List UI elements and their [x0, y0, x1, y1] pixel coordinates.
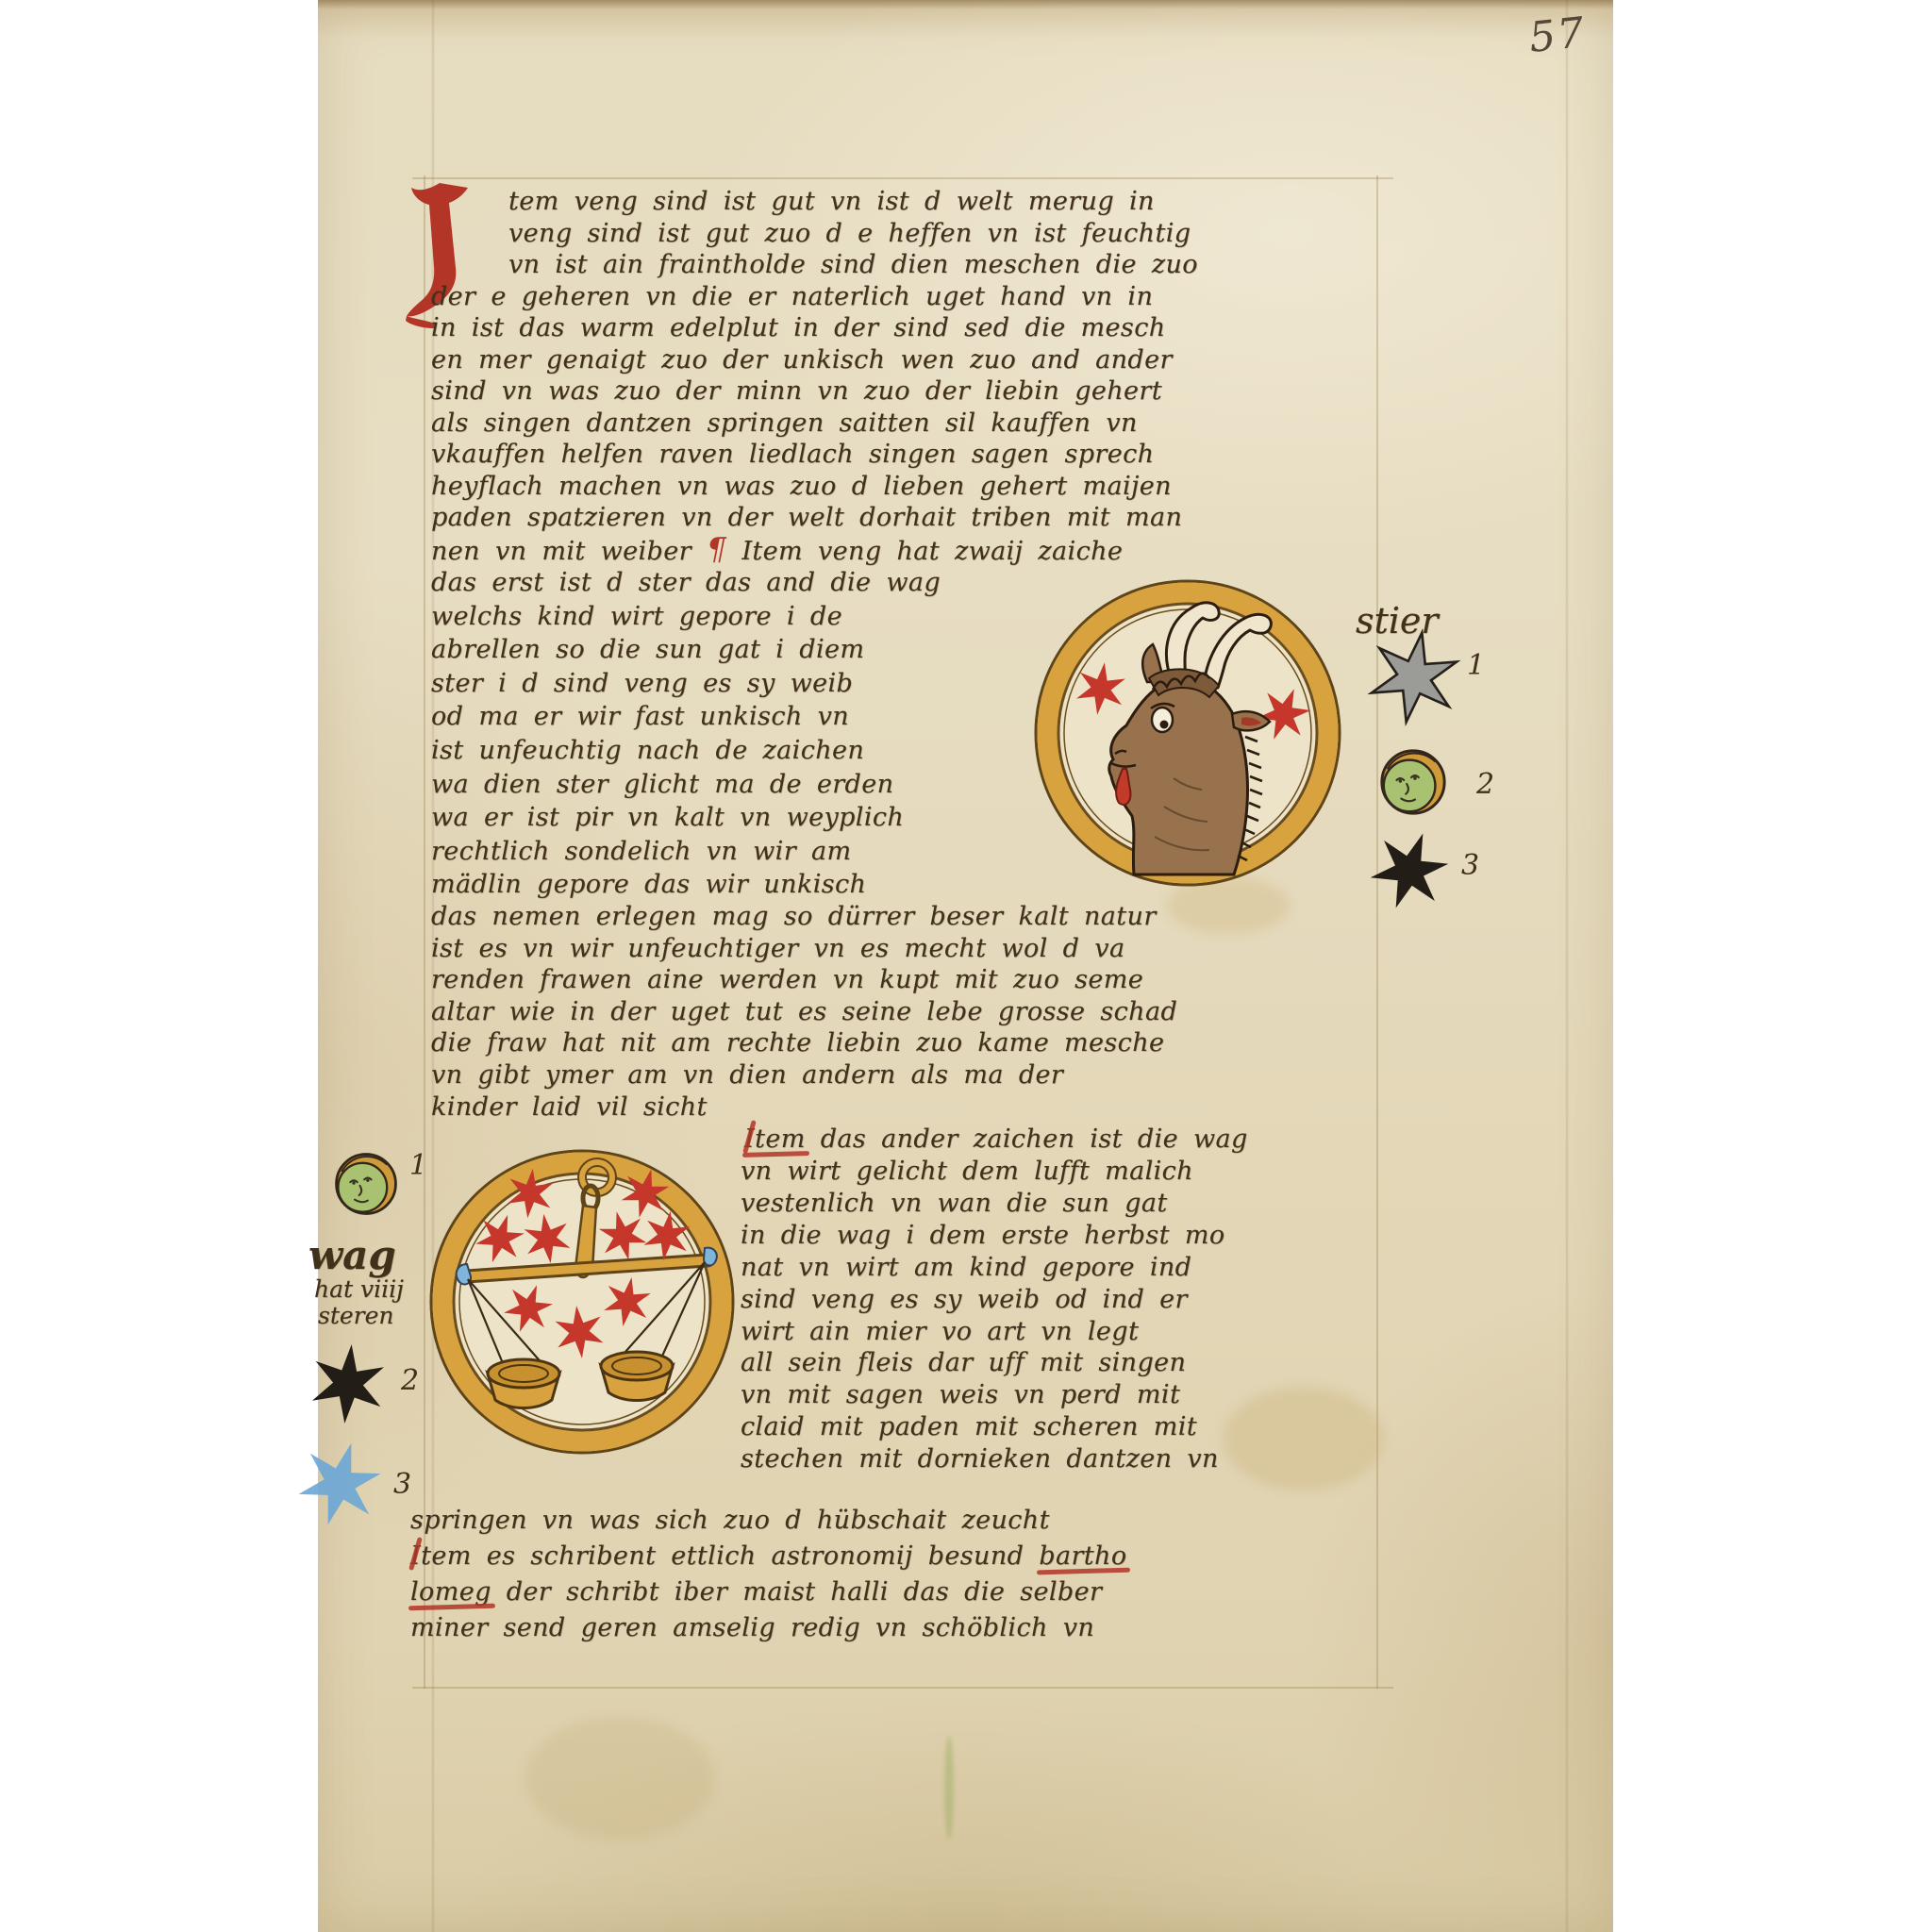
silver-star-icon: [1365, 628, 1463, 726]
column-beside-taurus: das erst ist d ster das and die wagwelch…: [431, 566, 941, 902]
text-line: lomeg der schribt iber maist halli das d…: [410, 1574, 1127, 1610]
ruling-line: [412, 1687, 1393, 1689]
moon-face-icon: [1376, 745, 1450, 819]
text-line: tem veng sind ist gut vn ist d welt meru…: [431, 186, 1198, 218]
text-line: rechtlich sondelich vn wir am: [431, 835, 941, 869]
text-line: in ist das warm edelplut in der sind sed…: [431, 312, 1198, 344]
text-line: vestenlich vn wan die sun gat: [741, 1188, 1224, 1220]
star-number: 2: [1476, 768, 1494, 801]
text-line: die fraw hat nit am rechte liebin zuo ka…: [431, 1027, 1177, 1059]
folio-number: 57: [1526, 8, 1588, 62]
text-line: vn gibt ymer am vn dien andern als ma de…: [431, 1059, 1177, 1091]
text-segment: der schribt iber maist halli das die sel…: [507, 1577, 1103, 1607]
paragraph-taurus-nature: das nemen erlegen mag so dürrer beser ka…: [431, 901, 1177, 1123]
text-line: paden spatzieren vn der welt dorhait tri…: [431, 502, 1198, 534]
parchment-crease: [1565, 0, 1569, 1932]
text-line: renden frawen aine werden vn kupt mit zu…: [431, 964, 1177, 996]
rubric-marked-word: Item: [744, 1124, 806, 1154]
text-line: heyflach machen vn was zuo d lieben gehe…: [431, 471, 1198, 503]
manuscript-photo: { "page": { "folio_number": "57" }, "tex…: [0, 0, 1932, 1932]
parchment-stain: [525, 1717, 714, 1840]
text-line: vn mit sagen weis vn perd mit: [741, 1379, 1224, 1411]
pilcrow-mark: ¶: [707, 530, 726, 567]
text-line: mädlin gepore das wir unkisch: [431, 868, 941, 902]
bottom-paragraph: springen vn was sich zuo d hübschait zeu…: [410, 1503, 1127, 1646]
text-line: vn wirt gelicht dem lufft malich: [741, 1156, 1224, 1188]
libra-medallion: [422, 1140, 742, 1464]
text-line: Item es schribent ettlich astronomij bes…: [410, 1539, 1127, 1574]
text-line-with-pilcrow: nen vn mit weiber ¶ Item veng hat zwaij …: [431, 533, 1123, 568]
ruling-line: [1376, 175, 1378, 1689]
scales-pan-right: [601, 1352, 673, 1400]
text-line: ster i d sind veng es sy weib: [431, 667, 941, 701]
text-line-libra-heading: Item das ander zaichen ist die wag: [744, 1124, 1248, 1156]
paragraph-venus: tem veng sind ist gut vn ist d welt meru…: [431, 186, 1198, 534]
text-segment: es schribent ettlich astronomij besund: [487, 1541, 1024, 1571]
margin-label-line3: steren: [318, 1302, 394, 1329]
text-line: wa er ist pir vn kalt vn weyplich: [431, 801, 941, 835]
text-line: wa dien ster glicht ma de erden: [431, 768, 941, 802]
text-line: ist es vn wir unfeuchtiger vn es mecht w…: [431, 933, 1177, 965]
text-line: sind veng es sy weib od ind er: [741, 1284, 1224, 1316]
text-line: das erst ist d ster das and die wag: [431, 566, 941, 600]
parchment-stain: [1224, 1387, 1384, 1491]
text-line: vkauffen helfen raven liedlach singen sa…: [431, 439, 1198, 471]
text-line: nat vn wirt am kind gepore ind: [741, 1252, 1224, 1284]
text-line: kinder laid vil sicht: [431, 1091, 1177, 1124]
scales-hook-right: [704, 1248, 717, 1266]
text-line: welchs kind wirt gepore i de: [431, 600, 941, 634]
blue-star-icon: [293, 1438, 386, 1530]
text-line: all sein fleis dar uff mit singen: [741, 1347, 1224, 1379]
text-line: altar wie in der uget tut es seine lebe …: [431, 996, 1177, 1028]
black-star-icon: [1368, 829, 1451, 912]
rubric-underlined-word: lomeg: [410, 1577, 491, 1607]
text-line: in die wag i dem erste herbst mo: [741, 1220, 1224, 1252]
text-line: springen vn was sich zuo d hübschait zeu…: [410, 1503, 1127, 1539]
column-beside-libra: vn wirt gelicht dem lufft malichvestenli…: [741, 1156, 1224, 1475]
text-line: abrellen so die sun gat i diem: [431, 633, 941, 667]
text-line: veng sind ist gut zuo d e heffen vn ist …: [431, 218, 1198, 250]
text-line: sind vn was zuo der minn vn zuo der lieb…: [431, 375, 1198, 408]
star-number: 2: [401, 1364, 419, 1397]
black-star-icon: [307, 1342, 390, 1425]
text-line: vn ist ain fraintholde sind dien meschen…: [431, 249, 1198, 281]
scales-pan-left: [488, 1359, 559, 1407]
taurus-medallion: [1023, 571, 1353, 896]
text-line: ist unfeuchtig nach de zaichen: [431, 734, 941, 768]
rubric-underlined-word: bartho: [1039, 1541, 1126, 1571]
text-segment: das ander zaichen ist die wag: [821, 1124, 1248, 1154]
text-line: od ma er wir fast unkisch vn: [431, 700, 941, 734]
star-number: 1: [1467, 649, 1485, 682]
star-number: 3: [1461, 849, 1479, 882]
ruling-line: [412, 177, 1393, 179]
text-line: als singen dantzen springen saitten sil …: [431, 408, 1198, 440]
rubric-marked-word: Item: [410, 1541, 472, 1571]
text-line: das nemen erlegen mag so dürrer beser ka…: [431, 901, 1177, 933]
manuscript-page: 57 tem veng sind ist gut vn ist d welt m…: [318, 0, 1613, 1932]
margin-label-line2: hat viiij: [314, 1275, 404, 1303]
text-line: miner send geren amselig redig vn schöbl…: [410, 1610, 1127, 1646]
star-number: 1: [409, 1149, 427, 1182]
text-line: stechen mit dornieken dantzen vn: [741, 1443, 1224, 1475]
text-segment: nen vn mit weiber: [431, 537, 691, 566]
bull-pupil: [1160, 721, 1169, 729]
text-segment: Item veng hat zwaij zaiche: [741, 537, 1123, 566]
moon-face-icon: [331, 1149, 401, 1219]
text-line: wirt ain mier vo art vn legt: [741, 1316, 1224, 1348]
bull-eye: [1152, 708, 1173, 732]
page-top-edge: [318, 0, 1613, 9]
margin-label-wag: wag: [308, 1232, 396, 1278]
text-line: der e geheren vn die er naterlich uget h…: [431, 281, 1198, 313]
text-line: claid mit paden mit scheren mit: [741, 1411, 1224, 1443]
green-streak-stain: [944, 1736, 954, 1840]
star-number: 3: [393, 1468, 411, 1501]
text-line: en mer genaigt zuo der unkisch wen zuo a…: [431, 344, 1198, 376]
